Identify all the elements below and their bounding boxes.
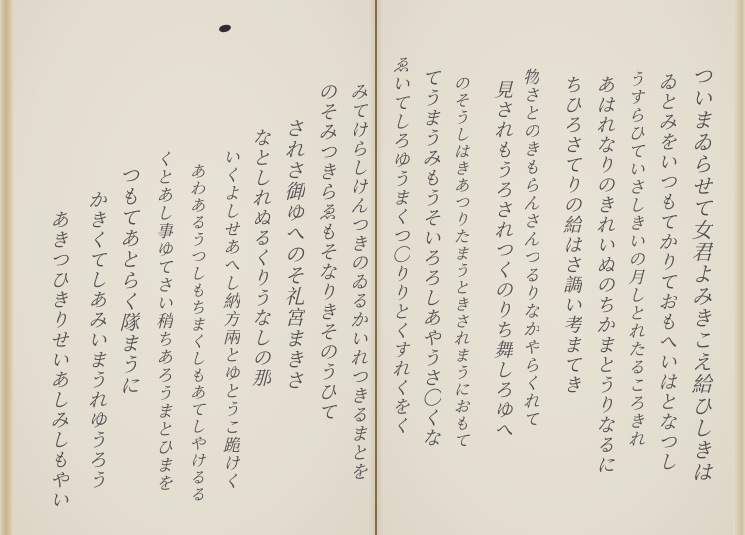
- right-col-10: ゑいてしろゆうまくつ〇りりとくすれくをく: [390, 55, 408, 435]
- right-col-9: てうまうみもうそいろろしあやうさ〇くな: [420, 68, 439, 448]
- left-col-3: されさ御ゆへのそ礼宮まきさ: [283, 118, 303, 391]
- left-col-7: くとあし事ゆてさい稍ちあろうまとひまを: [153, 150, 170, 492]
- left-col-2: のそみつきらゑもそなりきそのうひて: [316, 82, 335, 422]
- right-col-5: ちひろさてりの給はさ調い考まてき: [561, 75, 580, 395]
- right-page-edge: [733, 0, 745, 535]
- right-col-3: うすらひていさしきいの月しとれたるころきれ: [625, 70, 642, 448]
- left-col-9: かきくてしあみいまうれゆうろう: [86, 190, 105, 490]
- left-page-edge: [0, 0, 14, 535]
- right-col-2: ゐとみをいつもてかりておもへいはとなつし: [656, 72, 675, 472]
- left-col-1: みてけらしけんつきのゐるかいれつきるまとを: [348, 82, 366, 481]
- right-col-7: 見されもうろされつくのりち舞しろゆへ: [492, 80, 511, 440]
- left-col-10: あきつひきりせいあしみしもやい: [48, 210, 67, 510]
- left-col-8: つもてあとらく隊まうに: [118, 165, 138, 396]
- right-col-8: のそうしはきあつりたまうときされまうにおもて: [452, 75, 468, 449]
- right-col-6: 物さとのきもらんさんつるりなかやらくれて: [520, 68, 537, 428]
- left-col-5: いくよしせあへし納方兩とゆとうこ跪けく: [220, 148, 237, 490]
- left-col-6: あわあるうつしもちまくしもあてしやけるる: [188, 163, 204, 503]
- right-col-4: あはれなりのきれいぬのちかまとうりなるに: [594, 75, 613, 475]
- right-col-1: ついまゐらせて女君よみきこえ給ひしきは: [690, 65, 711, 483]
- open-manuscript-book: ついまゐらせて女君よみきこえ給ひしきは ゐとみをいつもてかりておもへいはとなつし…: [0, 0, 745, 535]
- left-col-4: なとしれぬるくりうなしの那: [250, 128, 269, 388]
- book-spine: [375, 0, 377, 535]
